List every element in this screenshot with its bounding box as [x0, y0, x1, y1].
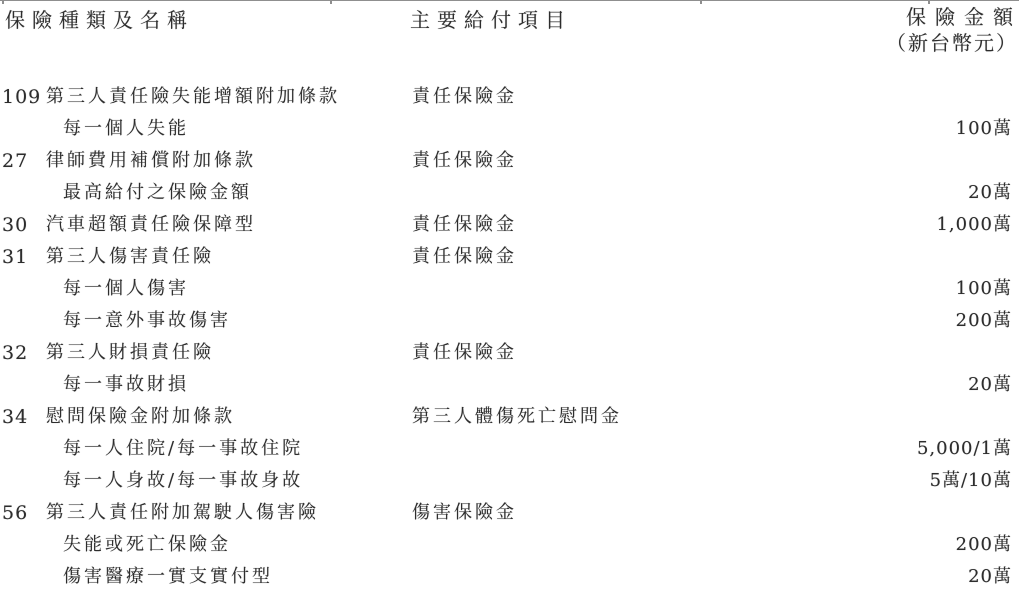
row-benefit: [412, 113, 814, 145]
table-row: 失能或死亡保險金 200萬: [0, 529, 1019, 561]
row-code: [0, 177, 46, 209]
row-code: 32: [0, 337, 46, 369]
table-row: 32 第三人財損責任險 責任保險金: [0, 337, 1019, 369]
row-name: 第三人傷害責任險: [46, 241, 412, 273]
header-amount-line1: 保險金額: [886, 4, 1019, 30]
row-benefit: [412, 561, 814, 593]
row-amount: 20萬: [814, 561, 1019, 593]
border-tick: [330, 0, 332, 4]
row-amount: [814, 81, 1019, 113]
row-code: [0, 113, 46, 145]
row-name: 慰問保險金附加條款: [46, 401, 412, 433]
table-row: 每一意外事故傷害 200萬: [0, 305, 1019, 337]
row-name: 第三人責任險失能增額附加條款: [46, 81, 412, 113]
row-amount: 1,000萬: [814, 209, 1019, 241]
row-code: 27: [0, 145, 46, 177]
row-code: 30: [0, 209, 46, 241]
row-code: 34: [0, 401, 46, 433]
row-code: 56: [0, 497, 46, 529]
header-insurance-type: 保險種類及名稱: [5, 4, 194, 33]
row-code: 109: [0, 81, 46, 113]
border-tick: [700, 0, 702, 4]
row-amount: [814, 145, 1019, 177]
table-body: 109 第三人責任險失能增額附加條款 責任保險金 每一個人失能 100萬 27 …: [0, 81, 1019, 593]
table-row: 31 第三人傷害責任險 責任保險金: [0, 241, 1019, 273]
header-benefit-items: 主要給付項目: [410, 4, 572, 33]
table-row: 每一人身故/每一事故身故 5萬/10萬: [0, 465, 1019, 497]
row-amount: 20萬: [814, 369, 1019, 401]
row-name: 律師費用補償附加條款: [46, 145, 412, 177]
table-row: 傷害醫療一實支實付型 20萬: [0, 561, 1019, 593]
row-name: 每一事故財損: [46, 369, 412, 401]
row-benefit: 責任保險金: [412, 145, 814, 177]
row-code: [0, 465, 46, 497]
insurance-policy-document: 保險種類及名稱 主要給付項目 保險金額 （新台幣元） 109 第三人責任險失能增…: [0, 0, 1019, 595]
table-row: 30 汽車超額責任險保障型 責任保險金 1,000萬: [0, 209, 1019, 241]
row-benefit: 責任保險金: [412, 337, 814, 369]
row-amount: 20萬: [814, 177, 1019, 209]
row-name: 每一意外事故傷害: [46, 305, 412, 337]
row-benefit: 第三人體傷死亡慰問金: [412, 401, 814, 433]
row-code: [0, 561, 46, 593]
row-benefit: 傷害保險金: [412, 497, 814, 529]
row-name: 每一個人傷害: [46, 273, 412, 305]
row-code: [0, 433, 46, 465]
row-amount: 200萬: [814, 305, 1019, 337]
row-code: [0, 273, 46, 305]
row-code: [0, 529, 46, 561]
row-name: 汽車超額責任險保障型: [46, 209, 412, 241]
row-amount: 5,000/1萬: [814, 433, 1019, 465]
table-row: 56 第三人責任附加駕駛人傷害險 傷害保險金: [0, 497, 1019, 529]
row-benefit: [412, 177, 814, 209]
row-code: 31: [0, 241, 46, 273]
row-benefit: [412, 529, 814, 561]
table-row: 109 第三人責任險失能增額附加條款 責任保險金: [0, 81, 1019, 113]
row-benefit: 責任保險金: [412, 81, 814, 113]
table-row: 每一個人傷害 100萬: [0, 273, 1019, 305]
header-insured-amount: 保險金額 （新台幣元）: [886, 4, 1016, 56]
row-amount: 200萬: [814, 529, 1019, 561]
table-row: 每一人住院/每一事故住院 5,000/1萬: [0, 433, 1019, 465]
header-amount-line2: （新台幣元）: [886, 30, 1018, 56]
row-amount: [814, 401, 1019, 433]
row-name: 最高給付之保險金額: [46, 177, 412, 209]
table-top-border: [0, 0, 1019, 1]
row-benefit: [412, 369, 814, 401]
table-row: 每一事故財損 20萬: [0, 369, 1019, 401]
row-benefit: [412, 273, 814, 305]
row-amount: 100萬: [814, 273, 1019, 305]
row-name: 傷害醫療一實支實付型: [46, 561, 412, 593]
row-amount: [814, 241, 1019, 273]
row-name: 每一人住院/每一事故住院: [46, 433, 412, 465]
row-benefit: [412, 465, 814, 497]
table-row: 最高給付之保險金額 20萬: [0, 177, 1019, 209]
row-benefit: 責任保險金: [412, 209, 814, 241]
table-row: 27 律師費用補償附加條款 責任保險金: [0, 145, 1019, 177]
row-name: 每一人身故/每一事故身故: [46, 465, 412, 497]
row-name: 第三人責任附加駕駛人傷害險: [46, 497, 412, 529]
table-row: 34 慰問保險金附加條款 第三人體傷死亡慰問金: [0, 401, 1019, 433]
row-benefit: 責任保險金: [412, 241, 814, 273]
row-benefit: [412, 433, 814, 465]
row-amount: 5萬/10萬: [814, 465, 1019, 497]
row-name: 第三人財損責任險: [46, 337, 412, 369]
row-name: 失能或死亡保險金: [46, 529, 412, 561]
row-amount: [814, 497, 1019, 529]
row-amount: [814, 337, 1019, 369]
row-name: 每一個人失能: [46, 113, 412, 145]
table-row: 每一個人失能 100萬: [0, 113, 1019, 145]
row-code: [0, 369, 46, 401]
row-benefit: [412, 305, 814, 337]
border-tick: [2, 0, 4, 4]
row-code: [0, 305, 46, 337]
row-amount: 100萬: [814, 113, 1019, 145]
